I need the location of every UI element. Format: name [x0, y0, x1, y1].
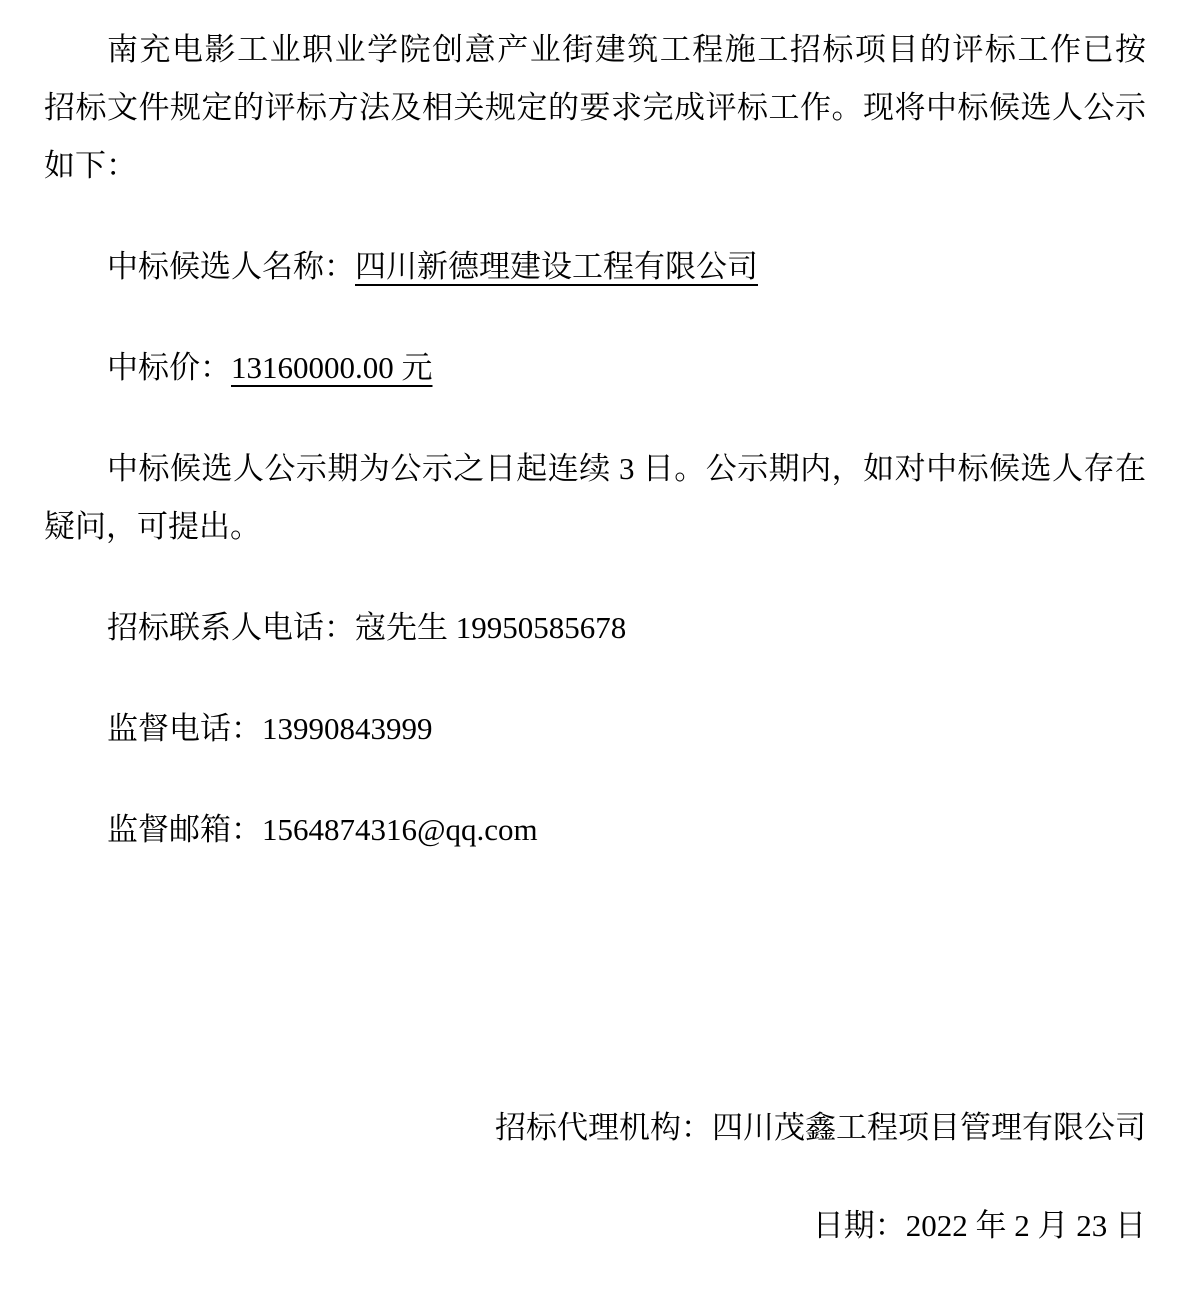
paragraph-intro: 南充电影工业职业学院创意产业街建筑工程施工招标项目的评标工作已按 招标文件规定的…	[44, 21, 1146, 195]
intro-line-2: 招标文件规定的评标方法及相关规定的要求完成评标工作。现将中标候选人公示	[44, 79, 1146, 137]
agency-line: 招标代理机构：四川茂鑫工程项目管理有限公司	[44, 1099, 1146, 1157]
date-label: 日期：	[813, 1208, 906, 1243]
agency-value: 四川茂鑫工程项目管理有限公司	[712, 1110, 1146, 1145]
date-value: 2022 年 2 月 23 日	[906, 1208, 1146, 1243]
intro-line-1: 南充电影工业职业学院创意产业街建筑工程施工招标项目的评标工作已按	[44, 21, 1146, 79]
publicity-line-2: 疑问，可提出。	[44, 498, 1146, 556]
supervision-email-value: 1564874316@qq.com	[262, 812, 538, 847]
paragraph-publicity-period: 中标候选人公示期为公示之日起连续 3 日。公示期内，如对中标候选人存在 疑问，可…	[44, 440, 1146, 556]
contact-phone-label: 招标联系人电话：	[107, 610, 355, 645]
supervision-phone-value: 13990843999	[262, 711, 433, 746]
supervision-email-label: 监督邮箱：	[107, 812, 262, 847]
bid-price-line: 中标价：13160000.00 元	[44, 339, 1146, 397]
date-line: 日期：2022 年 2 月 23 日	[44, 1197, 1146, 1255]
candidate-name-line: 中标候选人名称：四川新德理建设工程有限公司	[44, 238, 1146, 296]
supervision-phone-label: 监督电话：	[107, 711, 262, 746]
candidate-name-value: 四川新德理建设工程有限公司	[355, 249, 758, 284]
supervision-email-line: 监督邮箱：1564874316@qq.com	[44, 801, 1146, 859]
announcement-document: 南充电影工业职业学院创意产业街建筑工程施工招标项目的评标工作已按 招标文件规定的…	[0, 0, 1189, 1255]
intro-line-3: 如下：	[44, 137, 1146, 195]
publicity-line-1: 中标候选人公示期为公示之日起连续 3 日。公示期内，如对中标候选人存在	[44, 440, 1146, 498]
contact-phone-value: 寇先生 19950585678	[355, 610, 626, 645]
bid-price-value: 13160000.00 元	[231, 350, 433, 385]
agency-label: 招标代理机构：	[495, 1110, 712, 1145]
supervision-phone-line: 监督电话：13990843999	[44, 700, 1146, 758]
contact-phone-line: 招标联系人电话：寇先生 19950585678	[44, 599, 1146, 657]
candidate-name-label: 中标候选人名称：	[107, 249, 355, 284]
bid-price-label: 中标价：	[107, 350, 231, 385]
